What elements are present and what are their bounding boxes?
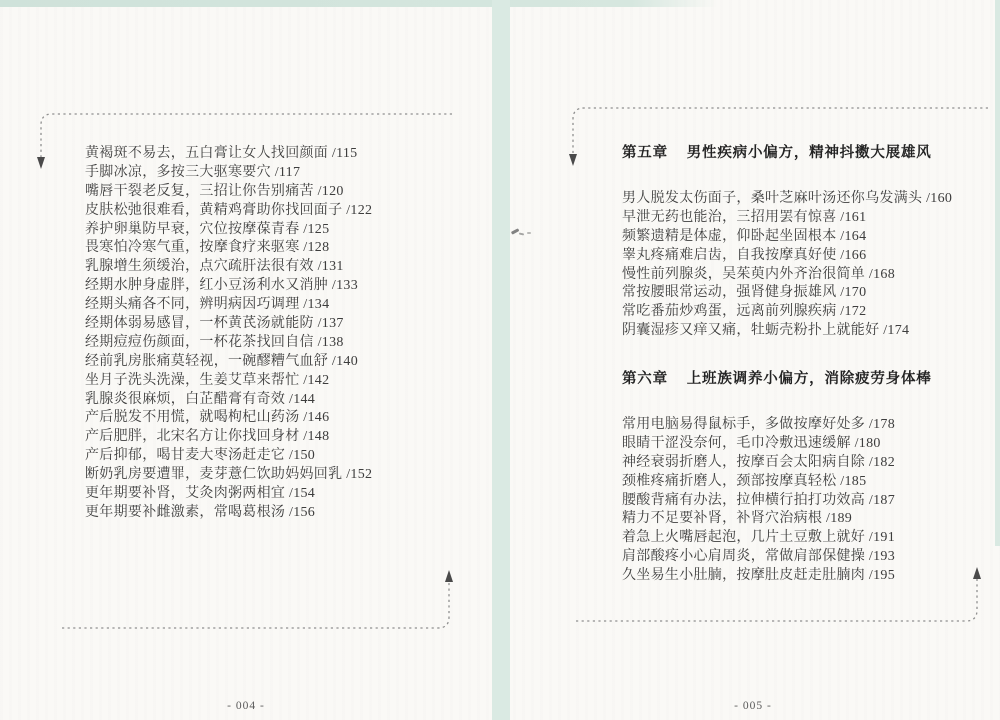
toc-entry: 黄褐斑不易去，五白膏让女人找回颜面 /115 (85, 145, 372, 164)
toc-entry: 慢性前列腺炎，吴茱萸内外齐治很简单 /168 (622, 266, 952, 285)
scan-smudge (508, 226, 534, 240)
toc-entry: 频繁遗精是体虚，仰卧起坐固根本 /164 (622, 228, 952, 247)
chapter-number: 第六章 (622, 371, 668, 387)
top-edge-band (0, 0, 718, 7)
left-toc-list: 黄褐斑不易去，五白膏让女人找回颜面 /115 手脚冰凉，多按三大驱寒要穴 /11… (85, 145, 372, 523)
toc-entry: 皮肤松弛很难看，黄精鸡膏助你找回面子 /122 (85, 202, 372, 221)
toc-entry: 神经衰弱折磨人，按摩百会太阳病自除 /182 (622, 454, 895, 473)
toc-entry: 眼睛干涩没奈何，毛巾冷敷迅速缓解 /180 (622, 435, 895, 454)
toc-entry: 养护卵巢防早衰，穴位按摩葆青春 /125 (85, 221, 372, 240)
toc-entry: 常吃番茄炒鸡蛋，远离前列腺疾病 /172 (622, 303, 952, 322)
dashed-arrow-left-bottom (62, 570, 453, 628)
toc-entry: 乳腺增生须缓治，点穴疏肝法很有效 /131 (85, 258, 372, 277)
toc-entry: 睾丸疼痛难启齿，自我按摩真好使 /166 (622, 247, 952, 266)
toc-entry: 肩部酸疼小心肩周炎，常做肩部保健操 /193 (622, 548, 895, 567)
chapter-heading: 第六章 上班族调养小偏方，消除疲劳身体棒 (622, 367, 932, 388)
toc-entry: 阴囊湿疹又痒又痛，牡蛎壳粉扑上就能好 /174 (622, 322, 952, 341)
right-edge-band (995, 0, 1000, 546)
toc-entry: 手脚冰凉，多按三大驱寒要穴 /117 (85, 164, 372, 183)
gutter-band (492, 0, 510, 720)
toc-entry: 颈椎疼痛折磨人，颈部按摩真轻松 /185 (622, 473, 895, 492)
chapter-title: 上班族调养小偏方，消除疲劳身体棒 (687, 371, 932, 387)
toc-entry: 经期水肿身虚胖，红小豆汤利水又消肿 /133 (85, 277, 372, 296)
toc-entry: 经前乳房胀痛莫轻视，一碗醪糟气血舒 /140 (85, 353, 372, 372)
toc-entry: 经期头痛各不同，辨明病因巧调理 /134 (85, 296, 372, 315)
chapter-title: 男性疾病小偏方，精神抖擞大展雄风 (687, 145, 932, 161)
toc-entry: 坐月子洗头洗澡，生姜艾草来帮忙 /142 (85, 372, 372, 391)
chapter-heading: 第五章 男性疾病小偏方，精神抖擞大展雄风 (622, 141, 932, 162)
toc-entry: 产后肥胖，北宋名方让你找回身材 /148 (85, 428, 372, 447)
toc-entry: 经期体弱易感冒，一杯黄芪汤就能防 /137 (85, 315, 372, 334)
toc-entry: 久坐易生小肚腩，按摩肚皮赶走肚腩肉 /195 (622, 567, 895, 586)
toc-entry: 常按腰眼常运动，强肾健身振雄风 /170 (622, 284, 952, 303)
chapter5-toc-list: 男人脱发太伤面子，桑叶芝麻叶汤还你乌发满头 /160 早泄无药也能治，三招用罢有… (622, 190, 952, 341)
toc-entry: 早泄无药也能治，三招用罢有惊喜 /161 (622, 209, 952, 228)
toc-entry: 男人脱发太伤面子，桑叶芝麻叶汤还你乌发满头 /160 (622, 190, 952, 209)
book-spread: 黄褐斑不易去，五白膏让女人找回颜面 /115 手脚冰凉，多按三大驱寒要穴 /11… (0, 0, 1000, 720)
chapter-number: 第五章 (622, 145, 668, 161)
chapter6-toc-list: 常用电脑易得鼠标手，多做按摩好处多 /178 眼睛干涩没奈何，毛巾冷敷迅速缓解 … (622, 416, 895, 586)
toc-entry: 常用电脑易得鼠标手，多做按摩好处多 /178 (622, 416, 895, 435)
toc-entry: 精力不足要补肾，补肾穴治病根 /189 (622, 510, 895, 529)
page-number-footer: - 004 - (0, 699, 492, 713)
toc-entry: 经期痘痘伤颜面，一杯花茶找回自信 /138 (85, 334, 372, 353)
toc-entry: 产后脱发不用慌，就喝枸杞山药汤 /146 (85, 409, 372, 428)
toc-entry: 嘴唇干裂老反复，三招让你告别痛苦 /120 (85, 183, 372, 202)
toc-entry: 着急上火嘴唇起泡，几片土豆敷上就好 /191 (622, 529, 895, 548)
toc-entry: 产后抑郁，喝甘麦大枣汤赶走它 /150 (85, 447, 372, 466)
toc-entry: 更年期要补肾，艾灸肉粥两相宜 /154 (85, 485, 372, 504)
toc-entry: 乳腺炎很麻烦，白芷醋膏有奇效 /144 (85, 391, 372, 410)
toc-entry: 腰酸背痛有办法，拉伸横行拍打功效高 /187 (622, 492, 895, 511)
toc-entry: 畏寒怕冷寒气重，按摩食疗来驱寒 /128 (85, 239, 372, 258)
toc-entry: 断奶乳房要遭罪，麦芽薏仁饮助妈妈回乳 /152 (85, 466, 372, 485)
toc-entry: 更年期要补雌激素，常喝葛根汤 /156 (85, 504, 372, 523)
page-number-footer: - 005 - (510, 699, 996, 713)
